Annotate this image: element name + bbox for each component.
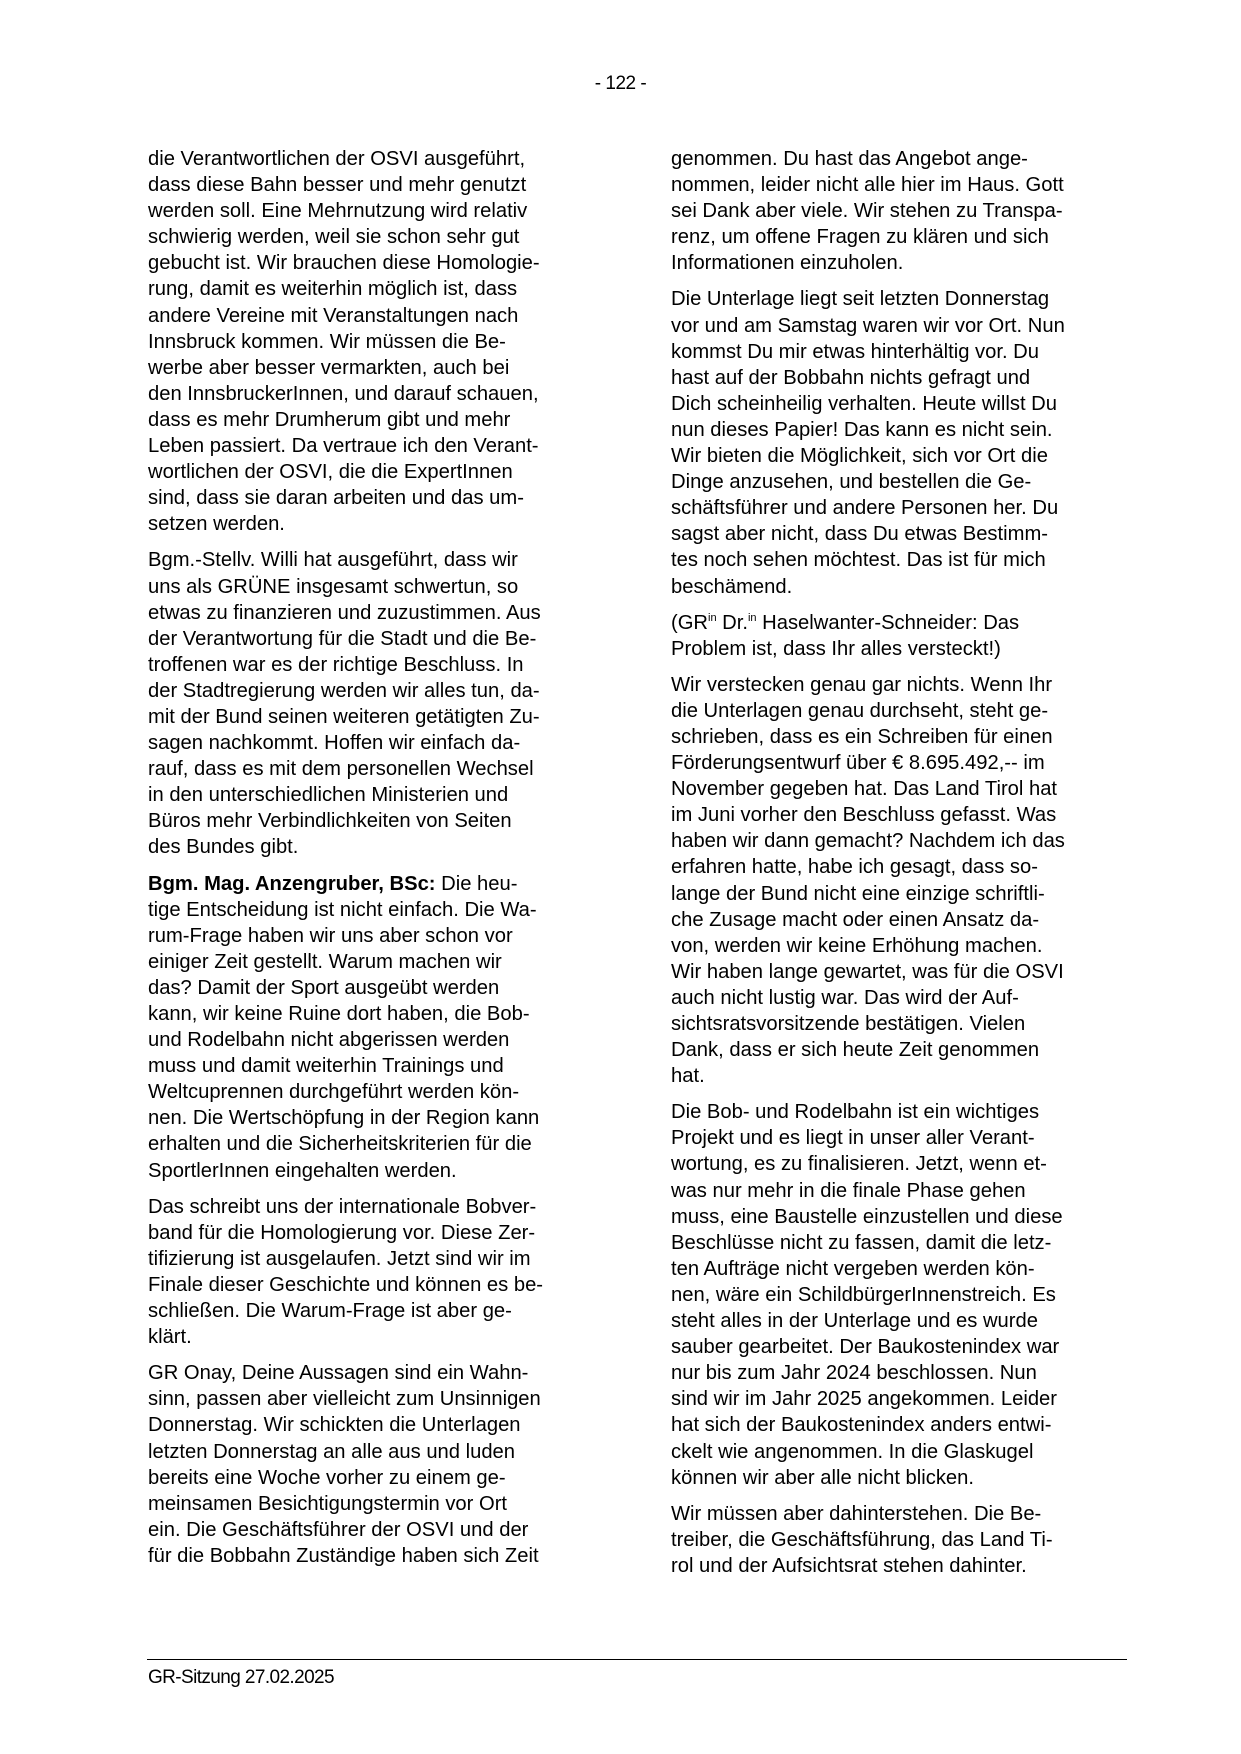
paragraph-line: sauber gearbeitet. Der Baukostenindex wa…	[671, 1334, 1111, 1360]
paragraph-line: Wir bieten die Möglichkeit, sich vor Ort…	[671, 443, 1111, 469]
paragraph-line: Informationen einzuholen.	[671, 250, 1111, 276]
paragraph-line: rol und der Aufsichtsrat stehen dahinter…	[671, 1553, 1111, 1579]
paragraph-line: sagst aber nicht, dass Du etwas Bestimm-	[671, 521, 1111, 547]
paragraph-line: sinn, passen aber vielleicht zum Unsinni…	[148, 1386, 588, 1412]
paragraph-line: Die Unterlage liegt seit letzten Donners…	[671, 286, 1111, 312]
paragraph: die Verantwortlichen der OSVI ausgeführt…	[148, 146, 588, 537]
paragraph-line: muss, eine Baustelle einzustellen und di…	[671, 1204, 1111, 1230]
paragraph-line: sind, dass sie daran arbeiten und das um…	[148, 485, 588, 511]
paragraph-line: schwierig werden, weil sie schon sehr gu…	[148, 224, 588, 250]
paragraph-line: nur bis zum Jahr 2024 beschlossen. Nun	[671, 1360, 1111, 1386]
paragraph-line: ein. Die Geschäftsführer der OSVI und de…	[148, 1517, 588, 1543]
paragraph-line: tes noch sehen möchtest. Das ist für mic…	[671, 547, 1111, 573]
paragraph-line: letzten Donnerstag an alle aus und luden	[148, 1439, 588, 1465]
paragraph-line: Förderungsentwurf über € 8.695.492,-- im	[671, 750, 1111, 776]
paragraph: Wir verstecken genau gar nichts. Wenn Ih…	[671, 672, 1111, 1090]
paragraph: Wir müssen aber dahinterstehen. Die Be-t…	[671, 1501, 1111, 1579]
paragraph: Die Unterlage liegt seit letzten Donners…	[671, 286, 1111, 599]
paragraph-line: muss und damit weiterhin Trainings und	[148, 1053, 588, 1079]
paragraph-line: ten Aufträge nicht vergeben werden kön-	[671, 1256, 1111, 1282]
paragraph-line: mit der Bund seinen weiteren getätigten …	[148, 704, 588, 730]
paragraph-line: beschämend.	[671, 574, 1111, 600]
paragraph-line: renz, um offene Fragen zu klären und sic…	[671, 224, 1111, 250]
paragraph-line: ckelt wie angenommen. In die Glaskugel	[671, 1439, 1111, 1465]
speech-text: Die heu-	[436, 873, 518, 895]
paragraph-line: schließen. Die Warum-Frage ist aber ge-	[148, 1298, 588, 1324]
paragraph-line: den InnsbruckerInnen, und darauf schauen…	[148, 381, 588, 407]
paragraph-line: im Juni vorher den Beschluss gefasst. Wa…	[671, 802, 1111, 828]
paragraph-line: von, werden wir keine Erhöhung machen.	[671, 933, 1111, 959]
paragraph-line: klärt.	[148, 1324, 588, 1350]
superscript: in	[708, 612, 717, 624]
paragraph-line: Dinge anzusehen, und bestellen die Ge-	[671, 469, 1111, 495]
paragraph-line: Dich scheinheilig verhalten. Heute wills…	[671, 391, 1111, 417]
paragraph-line: kann, wir keine Ruine dort haben, die Bo…	[148, 1001, 588, 1027]
paragraph-line: erhalten und die Sicherheitskriterien fü…	[148, 1131, 588, 1157]
paragraph-line: können wir aber alle nicht blicken.	[671, 1465, 1111, 1491]
paragraph-line: sind wir im Jahr 2025 angekommen. Leider	[671, 1386, 1111, 1412]
paragraph-line: für die Bobbahn Zuständige haben sich Ze…	[148, 1543, 588, 1569]
paragraph-line: nun dieses Papier! Das kann es nicht sei…	[671, 417, 1111, 443]
paragraph-line: uns als GRÜNE insgesamt schwertun, so	[148, 574, 588, 600]
paragraph-line: Bgm. Mag. Anzengruber, BSc: Die heu-	[148, 871, 588, 897]
speaker-name: Bgm. Mag. Anzengruber, BSc:	[148, 873, 436, 895]
paragraph-line: kommst Du mir etwas hinterhältig vor. Du	[671, 339, 1111, 365]
paragraph-line: (GRin Dr.in Haselwanter-Schneider: Das	[671, 610, 1111, 636]
paragraph-line: che Zusage macht oder einen Ansatz da-	[671, 907, 1111, 933]
paragraph-line: der Verantwortung für die Stadt und die …	[148, 626, 588, 652]
paragraph-line: Bgm.-Stellv. Willi hat ausgeführt, dass …	[148, 547, 588, 573]
paragraph-line: troffenen war es der richtige Beschluss.…	[148, 652, 588, 678]
paragraph-line: Projekt und es liegt in unser aller Vera…	[671, 1125, 1111, 1151]
paragraph-line: Das schreibt uns der internationale Bobv…	[148, 1194, 588, 1220]
paragraph-line: Weltcuprennen durchgeführt werden kön-	[148, 1079, 588, 1105]
paragraph-line: Wir verstecken genau gar nichts. Wenn Ih…	[671, 672, 1111, 698]
paragraph-line: treiber, die Geschäftsführung, das Land …	[671, 1527, 1111, 1553]
paragraph-line: Dank, dass er sich heute Zeit genommen	[671, 1037, 1111, 1063]
paragraph-line: das? Damit der Sport ausgeübt werden	[148, 975, 588, 1001]
paragraph-line: lange der Bund nicht eine einzige schrif…	[671, 881, 1111, 907]
paragraph-line: rauf, dass es mit dem personellen Wechse…	[148, 756, 588, 782]
paragraph-line: schrieben, dass es ein Schreiben für ein…	[671, 724, 1111, 750]
paragraph-line: band für die Homologierung vor. Diese Ze…	[148, 1220, 588, 1246]
paragraph-line: vor und am Samstag waren wir vor Ort. Nu…	[671, 313, 1111, 339]
paragraph-line: Büros mehr Verbindlichkeiten von Seiten	[148, 808, 588, 834]
paragraph-line: wortung, es zu finalisieren. Jetzt, wenn…	[671, 1151, 1111, 1177]
footer-divider	[147, 1659, 1127, 1660]
paragraph-line: und Rodelbahn nicht abgerissen werden	[148, 1027, 588, 1053]
paragraph-line: hast auf der Bobbahn nichts gefragt und	[671, 365, 1111, 391]
paragraph-line: dass es mehr Drumherum gibt und mehr	[148, 407, 588, 433]
paragraph-line: die Unterlagen genau durchseht, steht ge…	[671, 698, 1111, 724]
paragraph-line: November gegeben hat. Das Land Tirol hat	[671, 776, 1111, 802]
paragraph-line: werbe aber besser vermarkten, auch bei	[148, 355, 588, 381]
superscript: in	[748, 612, 757, 624]
speaker-paragraph: Bgm. Mag. Anzengruber, BSc: Die heu- tig…	[148, 871, 588, 1184]
paragraph: Bgm.-Stellv. Willi hat ausgeführt, dass …	[148, 547, 588, 860]
paragraph-line: erfahren hatte, habe ich gesagt, dass so…	[671, 854, 1111, 880]
paragraph-line: genommen. Du hast das Angebot ange-	[671, 146, 1111, 172]
paragraph-line: die Verantwortlichen der OSVI ausgeführt…	[148, 146, 588, 172]
paragraph-line: des Bundes gibt.	[148, 834, 588, 860]
footer-text: GR-Sitzung 27.02.2025	[148, 1666, 334, 1690]
paragraph-line: tige Entscheidung ist nicht einfach. Die…	[148, 897, 588, 923]
paragraph: Das schreibt uns der internationale Bobv…	[148, 1194, 588, 1351]
paragraph-line: gebucht ist. Wir brauchen diese Homologi…	[148, 250, 588, 276]
paragraph-line: Donnerstag. Wir schickten die Unterlagen	[148, 1412, 588, 1438]
paragraph-line: der Stadtregierung werden wir alles tun,…	[148, 678, 588, 704]
paragraph: GR Onay, Deine Aussagen sind ein Wahn-si…	[148, 1360, 588, 1569]
paragraph-line: GR Onay, Deine Aussagen sind ein Wahn-	[148, 1360, 588, 1386]
paragraph-line: Wir müssen aber dahinterstehen. Die Be-	[671, 1501, 1111, 1527]
paragraph-line: meinsamen Besichtigungstermin vor Ort	[148, 1491, 588, 1517]
paragraph-line: etwas zu finanzieren und zuzustimmen. Au…	[148, 600, 588, 626]
paragraph-line: SportlerInnen eingehalten werden.	[148, 1158, 588, 1184]
paragraph-line: hat.	[671, 1063, 1111, 1089]
paragraph-line: tifizierung ist ausgelaufen. Jetzt sind …	[148, 1246, 588, 1272]
paragraph-line: nommen, leider nicht alle hier im Haus. …	[671, 172, 1111, 198]
paragraph-line: was nur mehr in die finale Phase gehen	[671, 1178, 1111, 1204]
paragraph-line: sichtsratsvorsitzende bestätigen. Vielen	[671, 1011, 1111, 1037]
paragraph-line: in den unterschiedlichen Ministerien und	[148, 782, 588, 808]
paragraph-line: rung, damit es weiterhin möglich ist, da…	[148, 276, 588, 302]
paragraph-line: setzen werden.	[148, 511, 588, 537]
paragraph-line: bereits eine Woche vorher zu einem ge-	[148, 1465, 588, 1491]
paragraph-line: dass diese Bahn besser und mehr genutzt	[148, 172, 588, 198]
paragraph-line: haben wir dann gemacht? Nachdem ich das	[671, 828, 1111, 854]
paragraph-line: Finale dieser Geschichte und können es b…	[148, 1272, 588, 1298]
paragraph-line: werden soll. Eine Mehrnutzung wird relat…	[148, 198, 588, 224]
left-column: die Verantwortlichen der OSVI ausgeführt…	[148, 146, 588, 1579]
interjection: (GRin Dr.in Haselwanter-Schneider: Das P…	[671, 610, 1111, 662]
interjection-text: (GR	[671, 612, 708, 634]
paragraph-line: Innsbruck kommen. Wir müssen die Be-	[148, 329, 588, 355]
paragraph: Die Bob- und Rodelbahn ist ein wichtiges…	[671, 1099, 1111, 1490]
page-number: - 122 -	[0, 72, 1241, 96]
paragraph-line: Leben passiert. Da vertraue ich den Vera…	[148, 433, 588, 459]
paragraph-line: einiger Zeit gestellt. Warum machen wir	[148, 949, 588, 975]
paragraph-line: sagen nachkommt. Hoffen wir einfach da-	[148, 730, 588, 756]
paragraph: genommen. Du hast das Angebot ange-nomme…	[671, 146, 1111, 276]
paragraph-line: Beschlüsse nicht zu fassen, damit die le…	[671, 1230, 1111, 1256]
paragraph-line: Problem ist, dass Ihr alles versteckt!)	[671, 636, 1111, 662]
paragraph-line: schäftsführer und andere Personen her. D…	[671, 495, 1111, 521]
paragraph-line: nen. Die Wertschöpfung in der Region kan…	[148, 1105, 588, 1131]
paragraph-line: sei Dank aber viele. Wir stehen zu Trans…	[671, 198, 1111, 224]
paragraph-line: Die Bob- und Rodelbahn ist ein wichtiges	[671, 1099, 1111, 1125]
interjection-text: Dr.	[717, 612, 748, 634]
right-column: genommen. Du hast das Angebot ange-nomme…	[671, 146, 1111, 1589]
paragraph-line: hat sich der Baukostenindex anders entwi…	[671, 1412, 1111, 1438]
speech-lines: tige Entscheidung ist nicht einfach. Die…	[148, 897, 588, 1184]
interjection-text: Haselwanter-Schneider: Das	[757, 612, 1020, 634]
paragraph-line: auch nicht lustig war. Das wird der Auf-	[671, 985, 1111, 1011]
paragraph-line: Wir haben lange gewartet, was für die OS…	[671, 959, 1111, 985]
paragraph-line: steht alles in der Unterlage und es wurd…	[671, 1308, 1111, 1334]
paragraph-line: andere Vereine mit Veranstaltungen nach	[148, 303, 588, 329]
paragraph-line: nen, wäre ein SchildbürgerInnenstreich. …	[671, 1282, 1111, 1308]
paragraph-line: rum-Frage haben wir uns aber schon vor	[148, 923, 588, 949]
paragraph-line: wortlichen der OSVI, die die ExpertInnen	[148, 459, 588, 485]
